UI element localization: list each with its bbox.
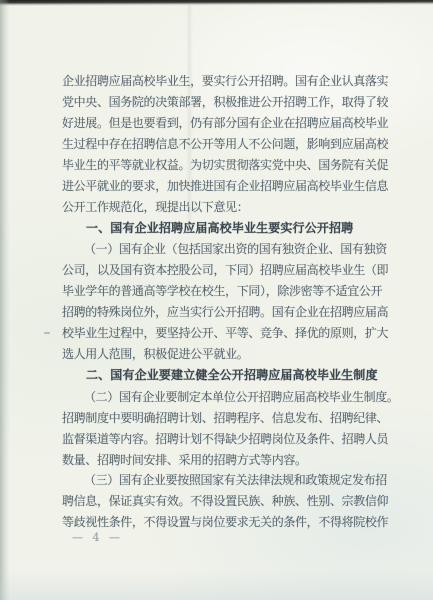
page-number: — 4 — <box>72 531 123 544</box>
scan-edge-left <box>0 0 10 600</box>
text-line: 好进展。但是也要看到，仍有部分国有企业在招聘应届高校毕业 <box>62 116 388 131</box>
text-line: 毕业生的平等就业权益。为切实贯彻落实党中央、国务院有关促 <box>62 158 388 173</box>
section-heading-2: 二、国有企业要建立健全公开招聘应届高校毕业生制度 <box>86 368 378 383</box>
text-line: 进公平就业的要求，加快推进国有企业招聘应届高校毕业生信息 <box>62 179 388 194</box>
text-line: 校毕业生过程中，要坚持公开、平等、竞争、择优的原则，扩大 <box>62 326 388 341</box>
text-line: 监督渠道等内容。招聘计划不得缺少招聘岗位及条件、招聘人员 <box>62 432 388 447</box>
text-line: 选人用人范围，积极促进公平就业。 <box>62 347 248 362</box>
scan-speck <box>44 332 50 334</box>
text-line: 党中央、国务院的决策部署，积极推进公开招聘工作，取得了较 <box>62 95 388 110</box>
text-line: 毕业学年的普通高等学校在校生，下同），除涉密等不适宜公开 <box>62 284 382 299</box>
text-line: （三）国有企业要按照国家有关法律法规和政策规定发布招 <box>84 473 387 488</box>
text-line: 公司，以及国有资本控股公司，下同）招聘应届高校毕业生（即 <box>62 263 388 278</box>
text-line: 招聘制度中要明确招聘计划、招聘程序、信息发布、招聘纪律、 <box>62 411 388 426</box>
text-line: 生过程中存在招聘信息不公开等用人不公问题，影响到应届高校 <box>62 137 388 152</box>
text-line: 企业招聘应届高校毕业生，要实行公开招聘。国有企业认真落实 <box>62 74 388 89</box>
text-line: （二）国有企业要制定本单位公开招聘应届高校毕业生制度。 <box>84 390 399 405</box>
scan-edge-bottom <box>0 570 433 600</box>
text-line: 数量、招聘时间安排、采用的招聘方式等内容。 <box>62 453 307 468</box>
text-line: 等歧视性条件，不得设置与岗位要求无关的条件，不得将院校作 <box>62 515 388 530</box>
text-line: 招聘的特殊岗位外，应当实行公开招聘。国有企业在招聘应届高 <box>62 305 388 320</box>
scanned-document-page: 企业招聘应届高校毕业生，要实行公开招聘。国有企业认真落实 党中央、国务院的决策部… <box>0 0 433 600</box>
text-line: 公开工作规范化，现提出以下意见： <box>62 200 248 215</box>
text-line: 聘信息，保证真实有效。不得设置民族、种族、性别、宗教信仰 <box>62 494 388 509</box>
text-line: （一）国有企业（包括国家出资的国有独资企业、国有独资 <box>84 242 387 257</box>
scan-edge-top <box>0 0 433 6</box>
section-heading-1: 一、国有企业招聘应届高校毕业生要实行公开招聘 <box>86 221 353 236</box>
